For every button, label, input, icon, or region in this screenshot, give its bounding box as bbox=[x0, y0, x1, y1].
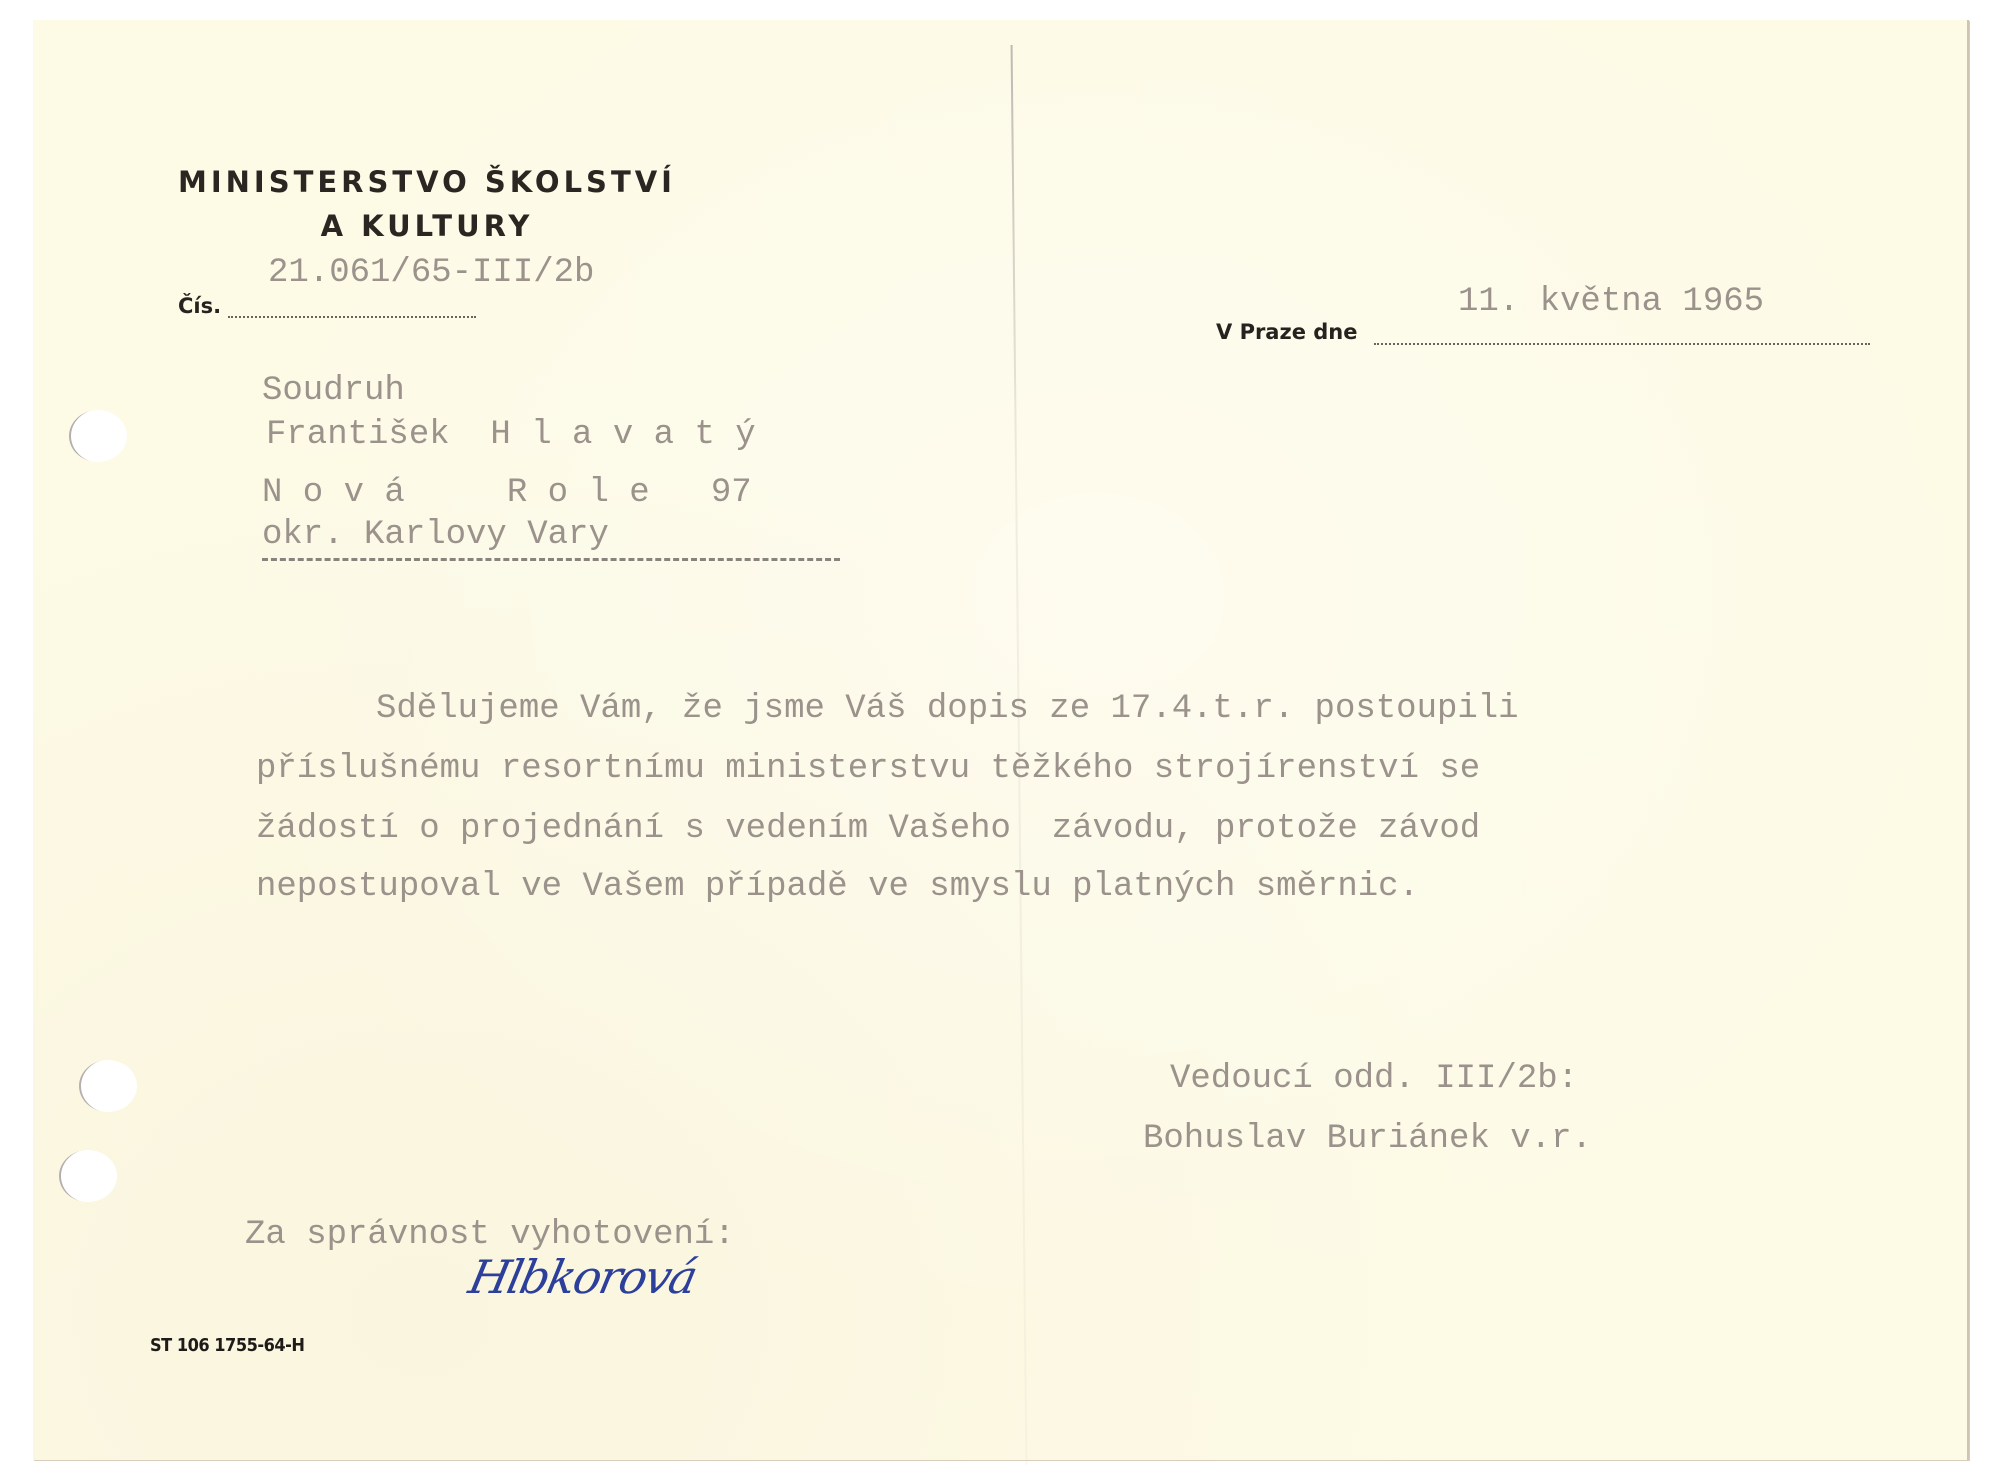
recipient-address-line-1: N o v á R o l e 97 bbox=[262, 476, 752, 510]
body-line-2: příslušnému resortnímu ministerstvu těžk… bbox=[256, 752, 1480, 786]
punch-hole-icon bbox=[79, 1060, 137, 1112]
letterhead-line-1: MINISTERSTVO ŠKOLSTVÍ bbox=[178, 160, 676, 204]
recipient-name: František H l a v a t ý bbox=[266, 418, 756, 452]
body-line-4: nepostupoval ve Vašem případě ve smyslu … bbox=[256, 870, 1419, 904]
handwritten-signature: Hlbkorová bbox=[464, 1250, 700, 1304]
punch-hole-icon bbox=[69, 410, 127, 462]
recipient-address-line-2: okr. Karlovy Vary bbox=[262, 518, 609, 552]
recipient-salutation: Soudruh bbox=[262, 374, 405, 408]
place-date-label: V Praze dne bbox=[1216, 320, 1357, 344]
letterhead-line-2: A KULTURY bbox=[178, 204, 676, 248]
date-dotted-line bbox=[1374, 343, 1870, 345]
punch-hole-icon bbox=[59, 1150, 117, 1202]
body-line-1: Sdělujeme Vám, že jsme Váš dopis ze 17.4… bbox=[376, 692, 1519, 726]
reference-dotted-line bbox=[228, 316, 476, 318]
certification-label: Za správnost vyhotovení: bbox=[245, 1218, 735, 1252]
recipient-underline bbox=[262, 558, 840, 561]
body-line-3: žádostí o projednání s vedením Vašeho zá… bbox=[256, 812, 1480, 846]
form-code: ST 106 1755-64-H bbox=[150, 1335, 304, 1356]
reference-number: 21.061/65-III/2b bbox=[268, 256, 594, 290]
ministry-letterhead: MINISTERSTVO ŠKOLSTVÍ A KULTURY bbox=[178, 160, 676, 248]
signatory-name: Bohuslav Buriánek v.r. bbox=[1143, 1122, 1592, 1156]
letter-date: 11. května 1965 bbox=[1458, 285, 1764, 319]
reference-label: Čís. bbox=[178, 294, 221, 318]
signatory-title: Vedoucí odd. III/2b: bbox=[1170, 1062, 1578, 1096]
